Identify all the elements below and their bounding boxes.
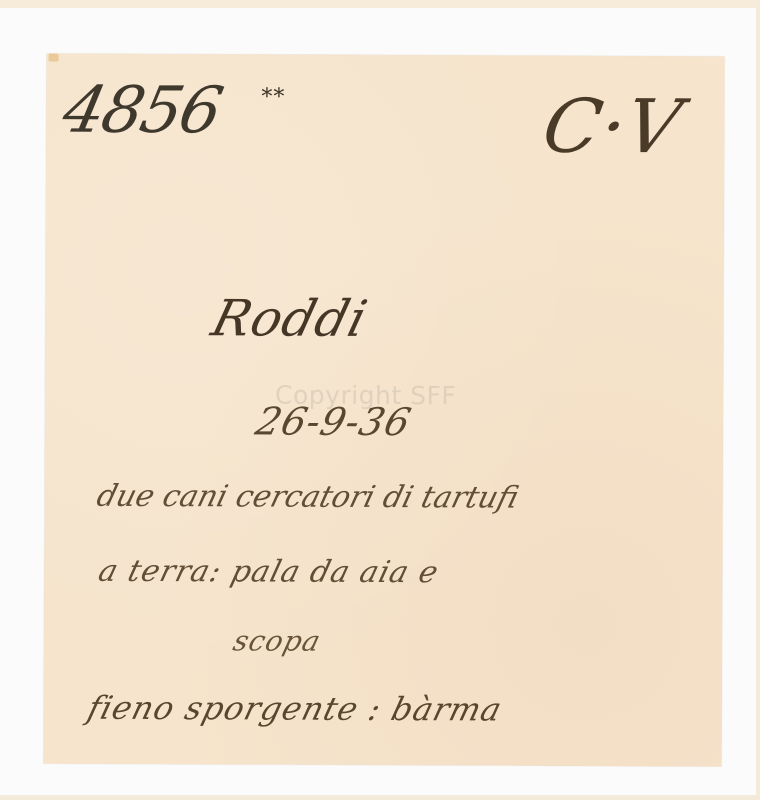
description-line-2: a terra: pala da aia e (95, 554, 443, 590)
catalog-marks: ** (261, 84, 285, 109)
bottom-border-strip (0, 795, 760, 800)
right-border-strip (756, 0, 760, 800)
description-line-4: fieno sporgente : bàrma (84, 689, 506, 729)
place-name: Roddi (206, 289, 373, 348)
handwritten-card: 4856 ** C·V Roddi Copyright SFF 26-9-36 … (43, 54, 724, 767)
catalog-number: 4856 (56, 74, 227, 149)
collection-mark: C·V (536, 84, 688, 171)
description-line-3: scopa (230, 624, 325, 657)
description-line-1: due cani cercatori di tartufi (93, 479, 522, 516)
date: 26-9-36 (251, 399, 416, 444)
top-border-strip (0, 0, 760, 8)
corner-stain (49, 54, 59, 62)
